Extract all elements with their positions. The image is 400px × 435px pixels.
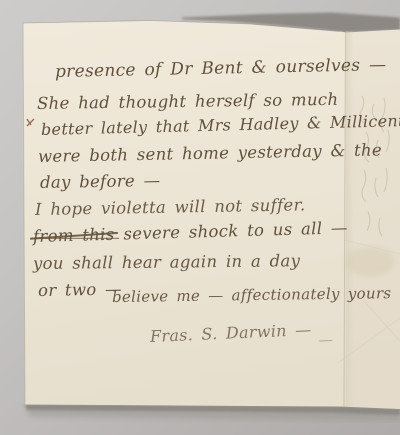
letter-line-1: presence of Dr Bent & ourselves —	[55, 55, 387, 82]
struck-out-words: from this	[33, 225, 115, 246]
handwritten-text-layer: presence of Dr Bent & ourselves — She ha…	[0, 0, 400, 435]
letter-line-6: I hope violetta will not suffer.	[35, 195, 306, 219]
letter-line-2: She had thought herself so much	[37, 90, 339, 113]
letter-line-4: were both sent home yesterday & the	[38, 140, 382, 166]
letter-closing: believe me — affectionately yours	[112, 284, 392, 306]
letter-line-8: you shall hear again in a day	[33, 251, 300, 273]
letter-line-9-start: or two —	[38, 280, 122, 300]
letter-line-5: day before —	[40, 171, 161, 192]
signature: Fras. S. Darwin —	[150, 320, 312, 346]
letter-line-3: better lately that Mrs Hadley & Millicen…	[41, 111, 400, 139]
letter-line-7: from thissevere shock to us all —	[33, 218, 348, 246]
photo-of-letter: presence of Dr Bent & ourselves — She ha…	[0, 0, 400, 435]
signature-trailing-dash: —	[318, 330, 334, 349]
letter-line-7-rest: severe shock to us all —	[123, 218, 348, 243]
